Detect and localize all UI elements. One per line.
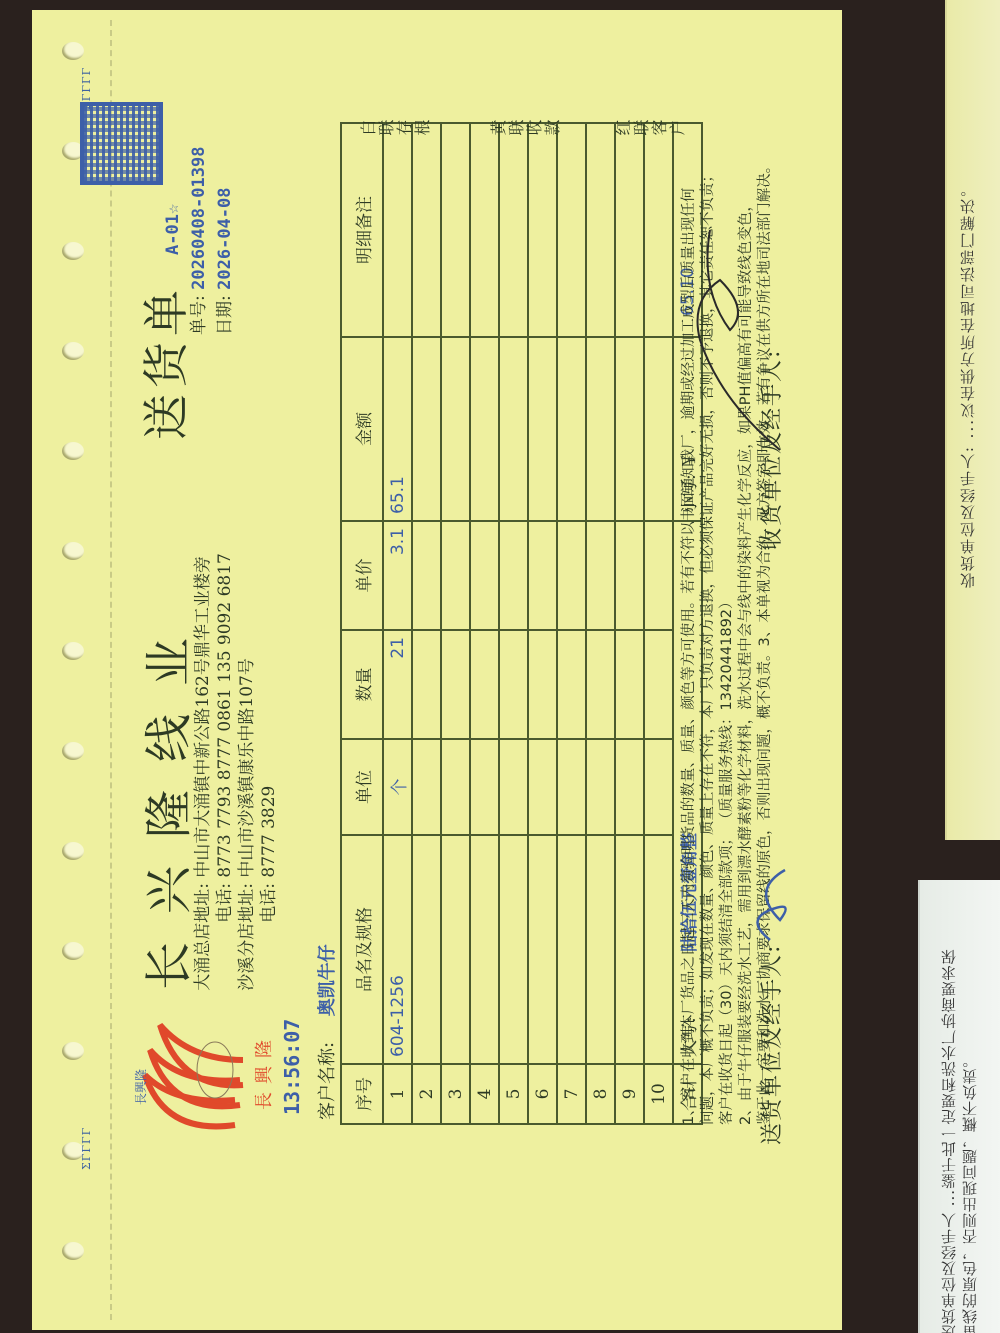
table-row: 2 — [412, 123, 441, 1124]
header-remark: 明细备注 — [341, 123, 383, 337]
serial-block: A-01☆ 单号: 20260408-01398 日期: 2026-04-08 — [160, 147, 238, 335]
row-price — [586, 521, 615, 630]
customer-line: 客户名称: 奥凯牛仔 — [313, 944, 339, 1120]
customer-label: 客户名称: — [317, 1042, 338, 1120]
row-name — [412, 835, 441, 1064]
branch-phone-label: 电话: — [258, 883, 280, 995]
row-price — [499, 521, 528, 630]
svg-text:長興隆: 長興隆 — [134, 1069, 148, 1105]
table-row: 1 604-1256 个 21 3.1 65.1 — [383, 123, 412, 1124]
row-unit — [412, 739, 441, 835]
row-qty — [499, 630, 528, 739]
table-row: 6 — [528, 123, 557, 1124]
table-row: 10 — [644, 123, 673, 1124]
row-unit — [586, 739, 615, 835]
row-qty — [557, 630, 586, 739]
perforation-hole-icon — [62, 942, 84, 960]
perforation-hole-icon — [62, 42, 84, 60]
table-row: 9 — [615, 123, 644, 1124]
row-qty — [528, 630, 557, 739]
row-qty — [644, 630, 673, 739]
table-header-row: 序号 品名及规格 单位 数量 单价 金额 明细备注 — [341, 123, 383, 1124]
row-name — [615, 835, 644, 1064]
row-remark — [644, 123, 673, 337]
perforated-strip: ΣΓΓΓΓ ΣΓΓΓΓ — [40, 20, 112, 1320]
row-price — [441, 521, 470, 630]
row-amount — [586, 337, 615, 521]
header-name: 品名及规格 — [341, 835, 383, 1064]
qr-code-icon — [80, 102, 163, 185]
header-price: 单价 — [341, 521, 383, 630]
row-amount — [557, 337, 586, 521]
row-amount — [441, 337, 470, 521]
row-qty — [412, 630, 441, 739]
perforation-hole-icon — [62, 342, 84, 360]
row-no: 2 — [412, 1064, 441, 1124]
row-unit — [470, 739, 499, 835]
row-amount — [615, 337, 644, 521]
branch-address-label: 沙溪分店地址: — [236, 883, 258, 995]
row-amount — [499, 337, 528, 521]
branch-phone-line: 电话: 8777 3829 — [258, 786, 280, 995]
row-qty — [615, 630, 644, 739]
company-title: 长兴隆线业 — [130, 610, 199, 990]
row-unit — [441, 739, 470, 835]
copy-label-yellow: 黄联收款 — [490, 117, 562, 140]
company-logo-icon: 長興隆 — [125, 1005, 255, 1145]
branch-phone: 8777 3829 — [259, 786, 279, 878]
row-name: 604-1256 — [383, 835, 412, 1064]
perforation-hole-icon — [62, 1042, 84, 1060]
sender-signature-scribble-icon — [740, 860, 800, 950]
row-remark — [615, 123, 644, 337]
row-name — [586, 835, 615, 1064]
row-price — [470, 521, 499, 630]
brand-stamp: ΣΓΓΓΓ — [80, 1127, 93, 1170]
perforation-hole-icon — [62, 542, 84, 560]
row-name — [441, 835, 470, 1064]
row-name — [644, 835, 673, 1064]
header-no: 序号 — [341, 1064, 383, 1124]
row-name — [470, 835, 499, 1064]
branch-address: 中山市沙溪镇康乐中路107号 — [237, 658, 257, 877]
row-unit — [528, 739, 557, 835]
row-unit: 个 — [383, 739, 412, 835]
row-qty — [441, 630, 470, 739]
row-remark — [499, 123, 528, 337]
table-row: 7 — [557, 123, 586, 1124]
row-price — [615, 521, 644, 630]
date-line: 日期: 2026-04-08 — [212, 147, 238, 335]
receiver-signature-scribble-icon — [680, 220, 790, 460]
order-number-line: 单号: 20260408-01398 — [186, 147, 212, 335]
row-no: 6 — [528, 1064, 557, 1124]
adjacent-paper-top-text: 收货单位及经手人: ...议在供方所在地司法部门解决。 — [957, 180, 978, 588]
row-amount: 65.1 — [383, 337, 412, 521]
hq-phone: 8773 7793 8777 0861 135 9092 6817 — [215, 553, 235, 877]
row-remark — [528, 123, 557, 337]
row-amount — [470, 337, 499, 521]
delivery-note-sheet: ΣΓΓΓΓ ΣΓΓΓΓ 長興隆 長興隆 13:56:07 长兴隆线业 送货单 大… — [32, 10, 842, 1330]
delivery-note: ΣΓΓΓΓ ΣΓΓΓΓ 長興隆 長興隆 13:56:07 长兴隆线业 送货单 大… — [40, 20, 840, 1320]
adjacent-paper-bottom-text: 送货单位及经手人 ...鉴于此一定要和洗水厂协商要求保留线的原色，否则出现问题，… — [938, 940, 980, 1333]
perforation-hole-icon — [62, 842, 84, 860]
row-unit — [615, 739, 644, 835]
table-row: 8 — [586, 123, 615, 1124]
row-price — [557, 521, 586, 630]
perforation-hole-icon — [62, 642, 84, 660]
row-qty — [586, 630, 615, 739]
print-time: 13:56:07 — [280, 1019, 304, 1115]
date-label: 日期: — [215, 295, 235, 335]
row-amount — [412, 337, 441, 521]
adjacent-paper-bottom: 送货单位及经手人 ...鉴于此一定要和洗水厂协商要求保留线的原色，否则出现问题，… — [918, 880, 1000, 1333]
row-remark — [470, 123, 499, 337]
row-name — [557, 835, 586, 1064]
row-name — [528, 835, 557, 1064]
row-no: 5 — [499, 1064, 528, 1124]
row-qty — [470, 630, 499, 739]
form-code: A-01☆ — [160, 147, 186, 255]
logo-text: 長興隆 — [250, 1032, 276, 1110]
hq-address: 中山市大涌镇中新公路162号鼎华工业楼旁 — [193, 556, 213, 877]
adjacent-paper-top: 收货单位及经手人: ...议在供方所在地司法部门解决。 — [945, 0, 1000, 840]
perforation-hole-icon — [62, 742, 84, 760]
order-number: 20260408-01398 — [189, 147, 209, 290]
row-unit — [499, 739, 528, 835]
header-qty: 数量 — [341, 630, 383, 739]
row-remark — [557, 123, 586, 337]
row-name — [499, 835, 528, 1064]
row-remark — [441, 123, 470, 337]
customer-name: 奥凯牛仔 — [317, 944, 338, 1016]
hq-phone-label: 电话: — [214, 883, 236, 995]
items-table: 序号 品名及规格 单位 数量 单价 金额 明细备注 1 604-1256 个 2… — [340, 122, 703, 1125]
row-remark — [412, 123, 441, 337]
row-no: 7 — [557, 1064, 586, 1124]
row-price: 3.1 — [383, 521, 412, 630]
row-no: 8 — [586, 1064, 615, 1124]
branch-address-line: 沙溪分店地址: 中山市沙溪镇康乐中路107号 — [236, 658, 258, 995]
row-price — [644, 521, 673, 630]
row-remark — [383, 123, 412, 337]
table-row: 5 — [499, 123, 528, 1124]
row-remark — [586, 123, 615, 337]
row-amount — [644, 337, 673, 521]
row-qty: 21 — [383, 630, 412, 739]
row-no: 4 — [470, 1064, 499, 1124]
row-unit — [644, 739, 673, 835]
header-amount: 金额 — [341, 337, 383, 521]
row-no: 1 — [383, 1064, 412, 1124]
header-unit: 单位 — [341, 739, 383, 835]
row-no: 10 — [644, 1064, 673, 1124]
sender-signature-label: 送货单位及经手人: — [755, 944, 786, 1145]
perforation-hole-icon — [62, 442, 84, 460]
hq-address-line: 大涌总店地址: 中山市大涌镇中新公路162号鼎华工业楼旁 — [192, 556, 214, 995]
row-no: 9 — [615, 1064, 644, 1124]
order-number-label: 单号: — [189, 295, 209, 335]
row-no: 3 — [441, 1064, 470, 1124]
row-price — [412, 521, 441, 630]
copy-label-red: 红联客户 — [615, 117, 687, 140]
hq-address-label: 大涌总店地址: — [192, 883, 214, 995]
row-unit — [557, 739, 586, 835]
row-amount — [528, 337, 557, 521]
perforation-hole-icon — [62, 242, 84, 260]
table-row: 3 — [441, 123, 470, 1124]
perforation-hole-icon — [62, 1242, 84, 1260]
row-price — [528, 521, 557, 630]
table-row: 4 — [470, 123, 499, 1124]
order-date: 2026-04-08 — [215, 188, 235, 290]
copy-label-white: 白联存根 — [360, 117, 432, 140]
hq-phone-line: 电话: 8773 7793 8777 0861 135 9092 6817 — [214, 553, 236, 995]
